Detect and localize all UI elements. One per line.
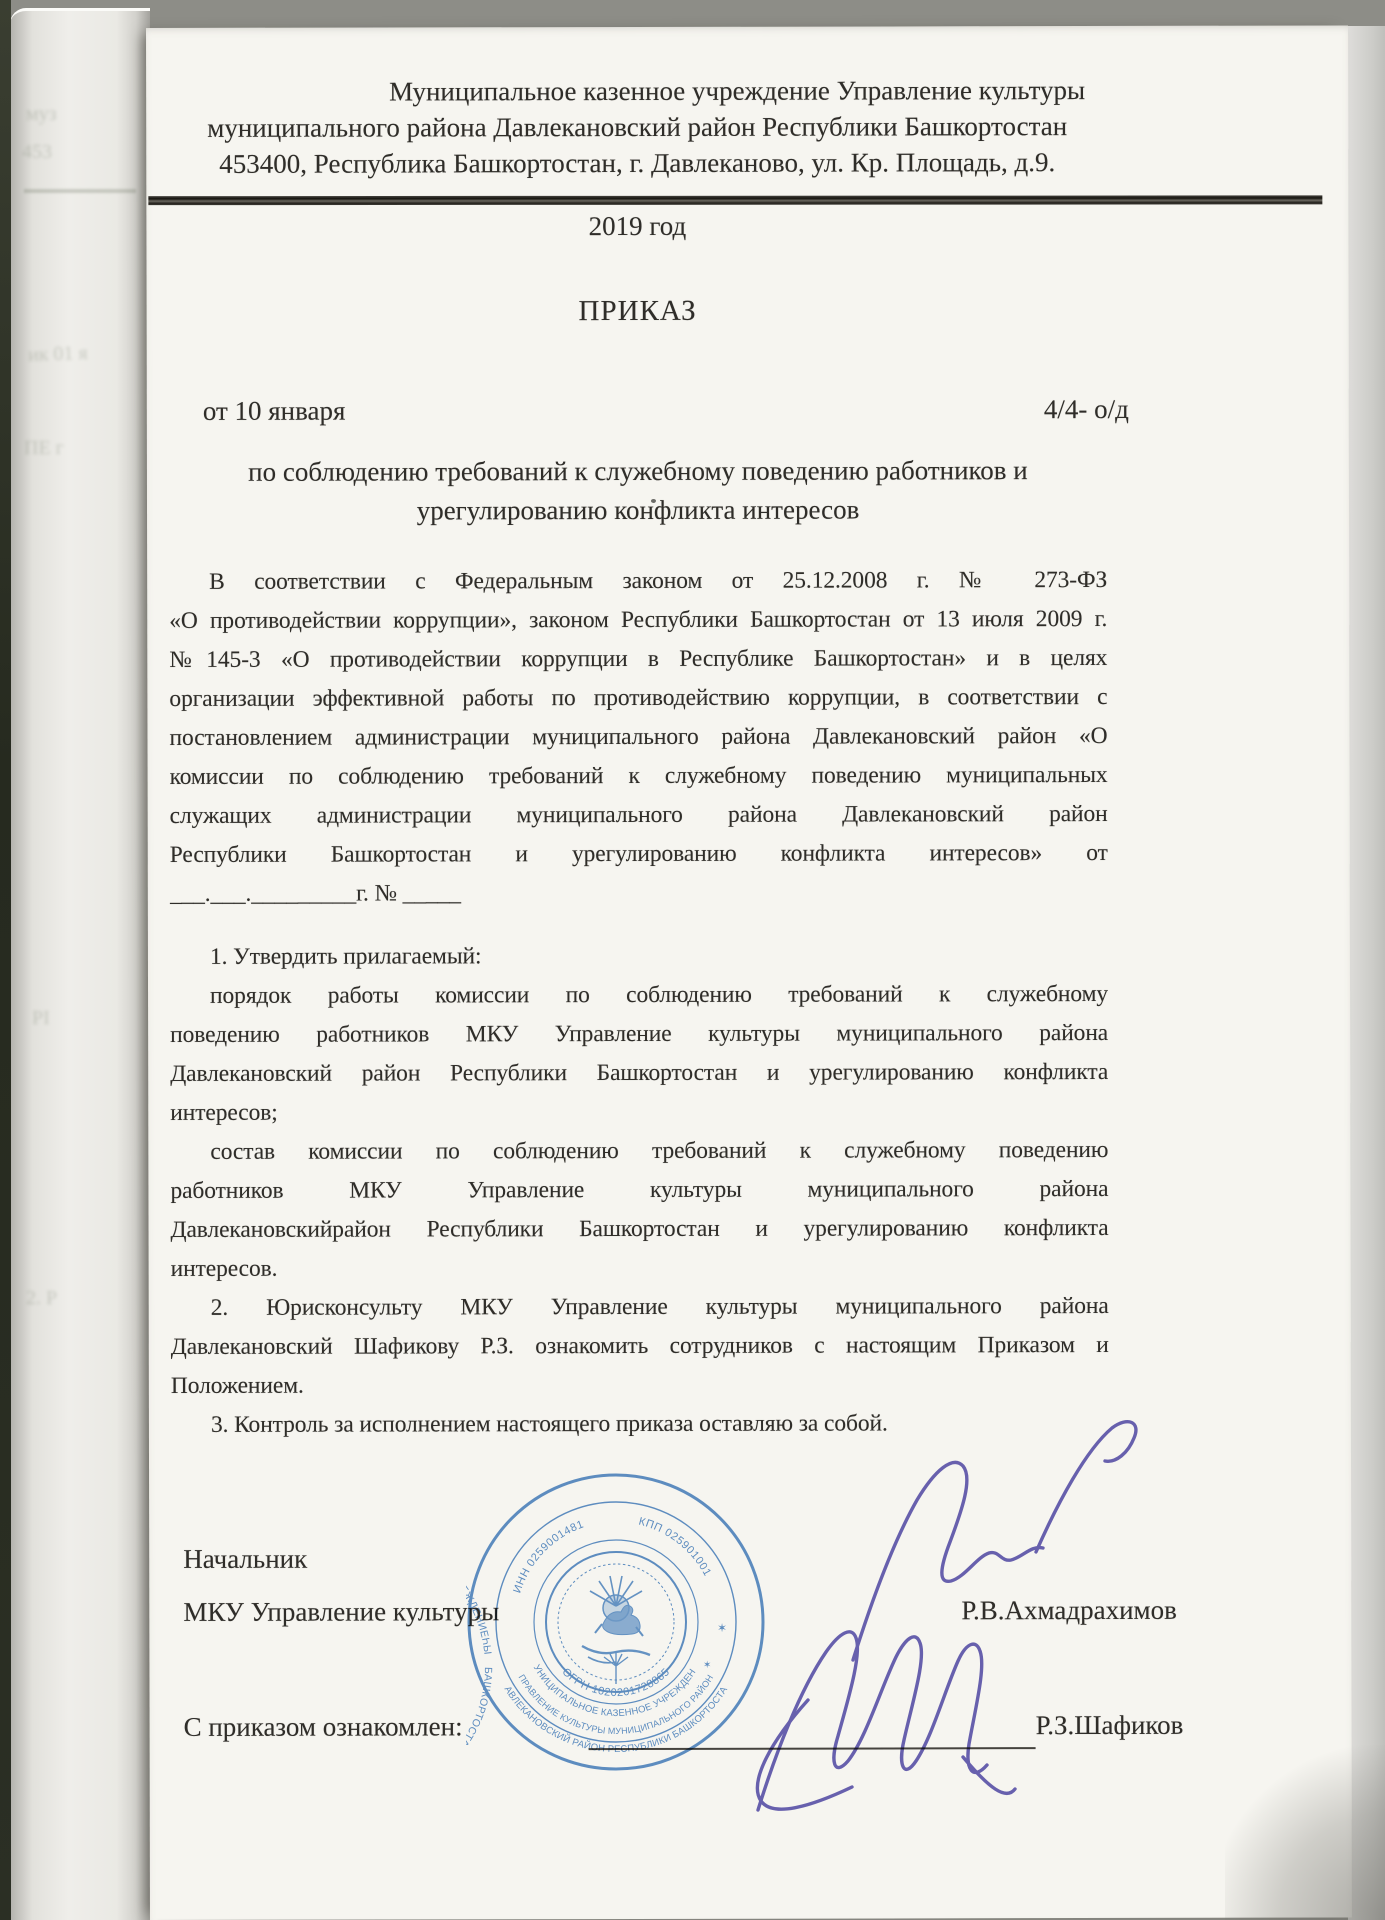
body-line: Давлекановскийрайон Республики Башкортос…: [170, 1209, 1108, 1250]
body-line: «О противодействии коррупции», законом Р…: [169, 600, 1107, 641]
year-line: 2019 год: [168, 210, 1106, 243]
bleed-fragment: 453: [22, 141, 52, 164]
body-line: постановлением администрации муниципальн…: [169, 717, 1107, 758]
letterhead: Муниципальное казенное учреждение Управл…: [168, 72, 1106, 182]
order-date: от 10 января: [203, 396, 346, 427]
subject-line: по соблюдению требований к служебному по…: [169, 451, 1107, 492]
body-line: поведению работников МКУ Управление куль…: [170, 1014, 1108, 1055]
body-line: интересов;: [170, 1092, 1108, 1133]
bleed-fragment: муз: [26, 103, 57, 126]
body-line: 2. Юрисконсульту МКУ Управление культуры…: [171, 1287, 1109, 1328]
order-number: 4/4- о/д: [1044, 394, 1129, 425]
body-line: организации эффективной работы по против…: [169, 678, 1107, 719]
scan-left-edge: [0, 0, 11, 1920]
body-line: интересов.: [171, 1248, 1109, 1289]
scan-right-edge: [1348, 26, 1385, 1920]
signer-org-line: МКУ Управление культуры: [183, 1596, 499, 1628]
letterhead-line: Муниципальное казенное учреждение Управл…: [168, 72, 1106, 110]
order-body: В соответствии с Федеральным законом от …: [169, 561, 1109, 1445]
body-line: ___.___._________г. № _____: [170, 873, 1108, 914]
document-title: ПРИКАЗ: [169, 294, 1107, 329]
body-line: работников МКУ Управление культуры муниц…: [170, 1170, 1108, 1211]
official-round-stamp: БАШКОРТОСТАН РЕСПУБЛИКАҺЫ ДӘҮЛӘКӘН РАЙОН…: [466, 1472, 766, 1772]
body-line: комиссии по соблюдению требований к служ…: [170, 756, 1108, 797]
body-line: Республики Башкортостан и урегулированию…: [170, 834, 1108, 875]
stamp-star: ✶: [703, 1660, 711, 1671]
stamp-inn-text: ИНН 0259001481: [511, 1518, 585, 1594]
order-subject: по соблюдению требований к служебному по…: [169, 451, 1107, 531]
stamp-star: ✶: [717, 1621, 727, 1635]
body-line: служащих администрации муниципального ра…: [170, 795, 1108, 836]
stamp-emblem: [582, 1576, 650, 1684]
head-name: Р.В.Ахмадрахимов: [961, 1595, 1177, 1626]
bleed-through-text: муз453ик 01 яПЕ гРІ2. Р: [10, 11, 150, 1920]
letterhead-divider: [148, 195, 1322, 205]
body-line: 1. Утвердить прилагаемый:: [170, 936, 1108, 977]
bleed-fragment: ПЕ г: [24, 437, 64, 460]
body-line: В соответствии с Федеральным законом от …: [169, 561, 1107, 602]
bleed-fragment: РІ: [32, 1007, 50, 1030]
letterhead-line: 453400, Республика Башкортостан, г. Давл…: [168, 144, 1106, 182]
scanned-document: муз453ик 01 яПЕ гРІ2. Р Муниципальное ка…: [0, 0, 1385, 1920]
bleed-fragment: 2. Р: [26, 1287, 57, 1310]
body-line: Положением.: [171, 1365, 1109, 1406]
date-number-row: от 10 января 4/4- о/д: [203, 394, 1129, 427]
body-line: состав комиссии по соблюдению требований…: [170, 1131, 1108, 1172]
signer-post-line: Начальник: [183, 1544, 307, 1575]
acknowledged-name: Р.З.Шафиков: [1036, 1710, 1184, 1741]
body-line: порядок работы комиссии по соблюдению тр…: [170, 975, 1108, 1016]
underlying-page-edge: муз453ик 01 яПЕ гРІ2. Р: [10, 8, 150, 1920]
body-line: №145-3 «О противодействии коррупции в Ре…: [169, 639, 1107, 680]
bleed-through-rule: [24, 189, 136, 193]
subject-line: урегулированию конфликта интересов: [169, 490, 1107, 531]
body-line: 3. Контроль за исполнением настоящего пр…: [171, 1404, 1109, 1445]
letterhead-line: муниципального района Давлекановский рай…: [168, 108, 1106, 146]
scan-speck: [651, 499, 656, 503]
bleed-fragment: ик 01 я: [28, 342, 88, 367]
body-line: Давлекановский район Республики Башкорто…: [170, 1053, 1108, 1094]
acknowledgement-label: С приказом ознакомлен:: [184, 1711, 463, 1743]
body-line: Давлекановский Шафикову Р.З. ознакомить …: [171, 1326, 1109, 1367]
